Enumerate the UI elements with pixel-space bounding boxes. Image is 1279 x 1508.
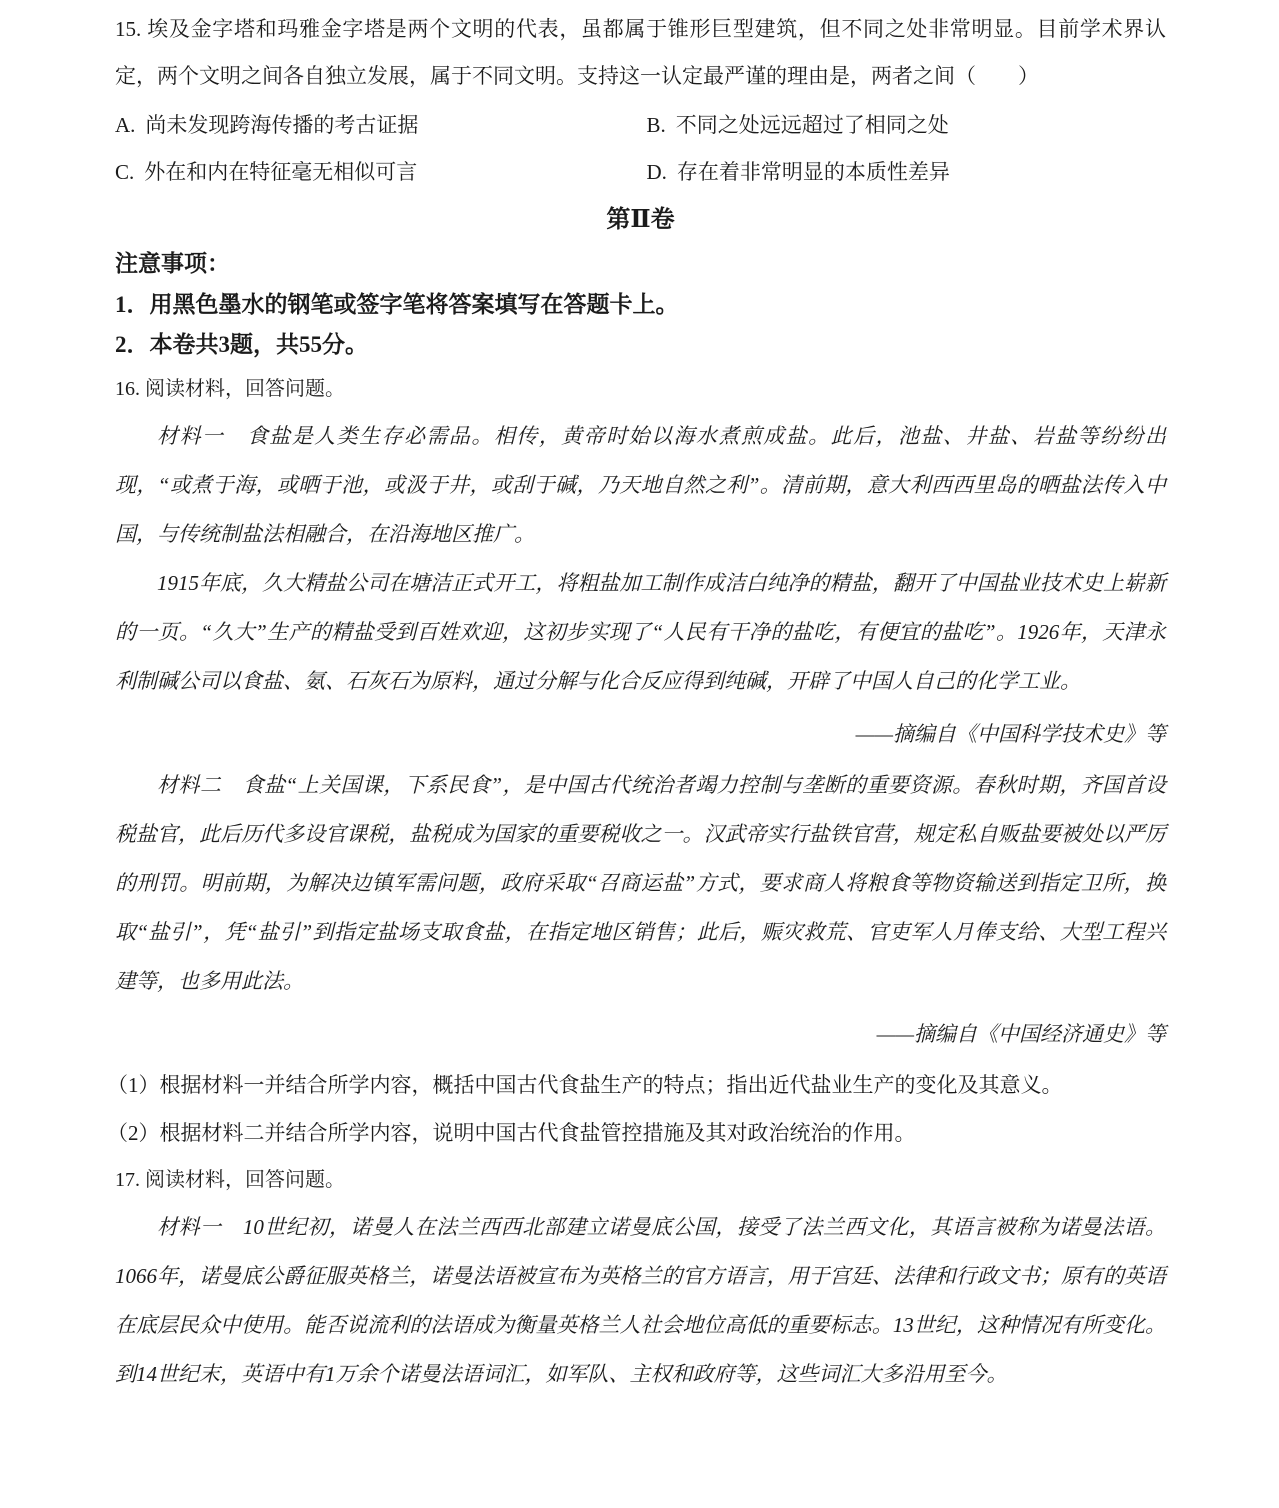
question-16-material-2-source: ——摘编自《中国经济通史》等 <box>115 1010 1166 1059</box>
notice-item-1: 1．用黑色墨水的钢笔或签字笔将答案填写在答题卡上。 <box>115 286 1166 324</box>
question-16-material-1-paragraph-1: 材料一 食盐是人类生存必需品。相传，黄帝时始以海水煮煎成盐。此后，池盐、井盐、岩… <box>115 412 1166 559</box>
question-16-material-1-paragraph-2: 1915年底，久大精盐公司在塘洁正式开工，将粗盐加工制作成洁白纯净的精盐，翻开了… <box>115 559 1166 706</box>
option-b-text: 不同之处远远超过了相同之处 <box>676 113 949 137</box>
option-a: A.尚未发现跨海传播的考古证据 <box>115 102 635 149</box>
question-16-material-1-source: ——摘编自《中国科学技术史》等 <box>115 710 1166 759</box>
exam-page: 15. 埃及金字塔和玛雅金字塔是两个文明的代表，虽都属于锥形巨型建筑，但不同之处… <box>0 0 1279 1508</box>
question-17: 17. 阅读材料，回答问题。 材料一 10世纪初，诺曼人在法兰西西北部建立诺曼底… <box>115 1157 1166 1399</box>
question-15-options: A.尚未发现跨海传播的考古证据 B.不同之处远远超过了相同之处 C.外在和内在特… <box>115 102 1166 196</box>
option-b-label: B. <box>647 113 666 137</box>
notice-item-2: 2．本卷共3题，共55分。 <box>115 326 1166 364</box>
question-16-intro: 16. 阅读材料，回答问题。 <box>115 366 1166 412</box>
option-d: D.存在着非常明显的本质性差异 <box>647 149 1167 196</box>
option-c-text: 外在和内在特征毫无相似可言 <box>144 160 417 184</box>
question-15-stem: 15. 埃及金字塔和玛雅金字塔是两个文明的代表，虽都属于锥形巨型建筑，但不同之处… <box>115 6 1166 100</box>
part-2-title: 第Ⅱ卷 <box>115 198 1166 242</box>
question-16: 16. 阅读材料，回答问题。 材料一 食盐是人类生存必需品。相传，黄帝时始以海水… <box>115 366 1166 1157</box>
question-15: 15. 埃及金字塔和玛雅金字塔是两个文明的代表，虽都属于锥形巨型建筑，但不同之处… <box>115 6 1166 196</box>
option-c-label: C. <box>115 160 134 184</box>
question-17-material-1-paragraph-1: 材料一 10世纪初，诺曼人在法兰西西北部建立诺曼底公国，接受了法兰西文化，其语言… <box>115 1203 1166 1399</box>
question-17-intro: 17. 阅读材料，回答问题。 <box>115 1157 1166 1203</box>
option-d-text: 存在着非常明显的本质性差异 <box>677 160 950 184</box>
question-16-subquestion-2: （2）根据材料二并结合所学内容，说明中国古代食盐管控措施及其对政治统治的作用。 <box>107 1109 1166 1157</box>
option-c: C.外在和内在特征毫无相似可言 <box>115 149 635 196</box>
notice-heading: 注意事项： <box>115 242 1166 286</box>
option-b: B.不同之处远远超过了相同之处 <box>647 102 1167 149</box>
question-16-material-2-paragraph-1: 材料二 食盐“上关国课，下系民食”，是中国古代统治者竭力控制与垄断的重要资源。春… <box>115 761 1166 1006</box>
option-a-text: 尚未发现跨海传播的考古证据 <box>145 113 418 137</box>
question-16-subquestion-1: （1）根据材料一并结合所学内容，概括中国古代食盐生产的特点；指出近代盐业生产的变… <box>107 1061 1166 1109</box>
option-d-label: D. <box>647 160 667 184</box>
notice-section: 注意事项： 1．用黑色墨水的钢笔或签字笔将答案填写在答题卡上。 2．本卷共3题，… <box>115 242 1166 364</box>
option-a-label: A. <box>115 113 135 137</box>
